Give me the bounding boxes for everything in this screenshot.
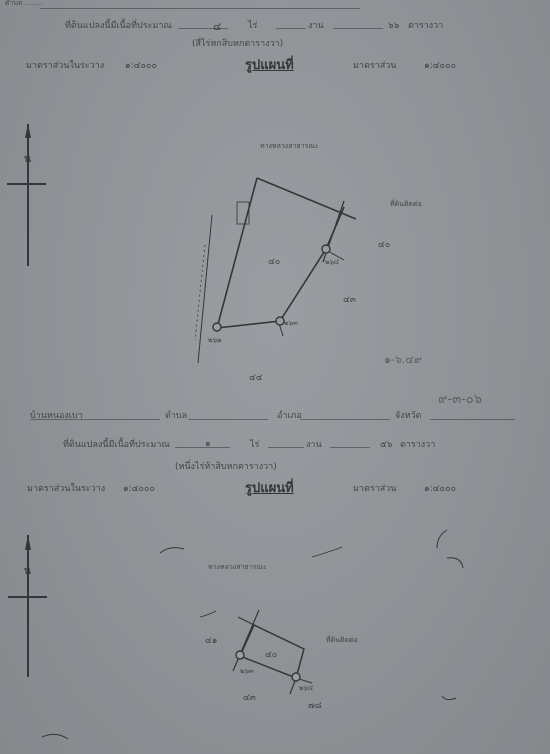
marker-label: ๒๖๔	[299, 683, 313, 694]
neighbor-southeast: ๗๘	[308, 698, 322, 712]
parcel-map-2	[0, 0, 550, 754]
document-page: ตำบล ........ ที่ดินแปลงนี้มีเนื้อที่ประ…	[0, 0, 550, 754]
neighbor-south: ๔๓	[243, 690, 256, 704]
parcel-number: ๔๐	[265, 647, 277, 661]
neighbor-west: ๔๑	[205, 633, 218, 647]
east-neighbor-label: ที่ดินติดต่อ	[326, 635, 358, 646]
road-label: ทางหลวงสาธารณะ	[208, 562, 267, 573]
marker-label: ๒๖๓	[240, 666, 254, 677]
